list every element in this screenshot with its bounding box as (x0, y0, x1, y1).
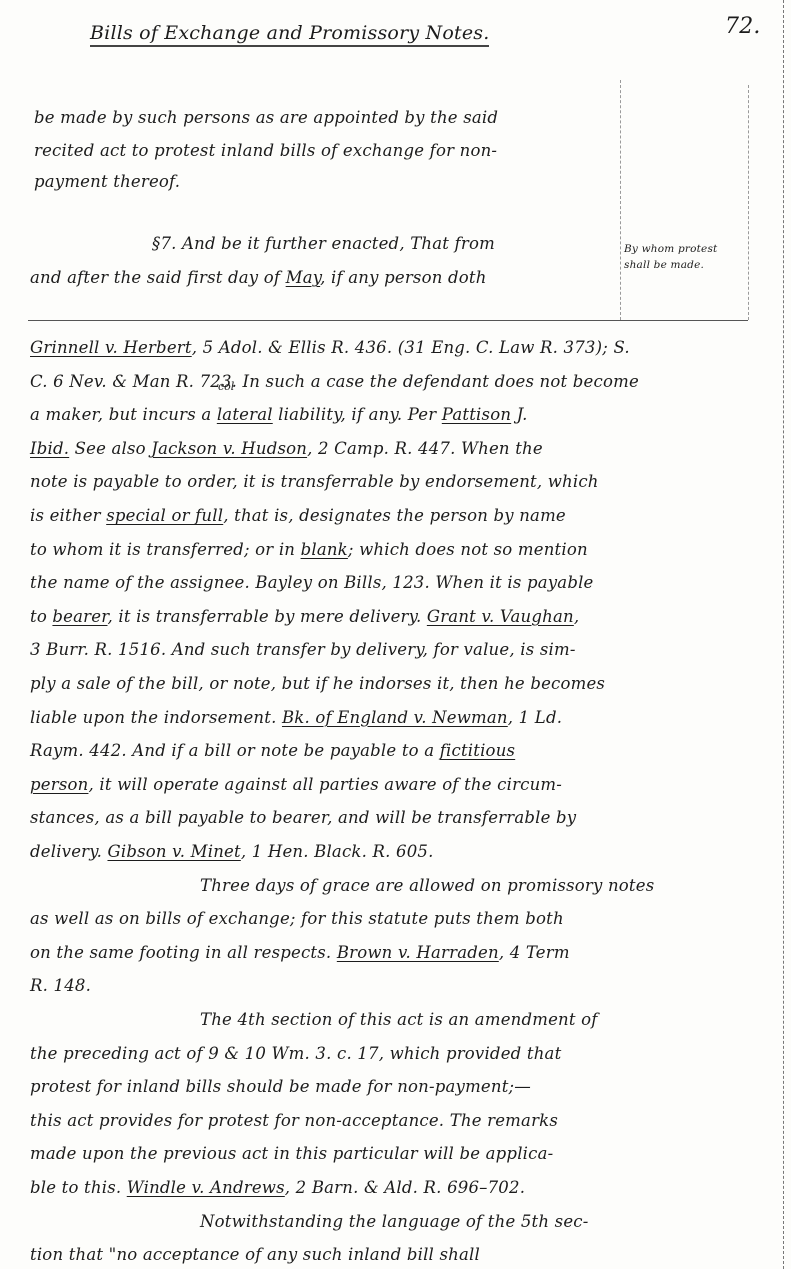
case-citation: Jackson v. Hudson (151, 439, 307, 458)
note-line: R. 148. (30, 976, 91, 995)
case-citation: Grinnell v. Herbert (30, 338, 192, 357)
text-span: , it is transferrable by mere delivery. (108, 607, 427, 626)
text-span: ; which does not so mention (348, 540, 588, 559)
note-line: made upon the previous act in this parti… (30, 1144, 553, 1163)
text-span: liable upon the indorsement. (30, 708, 282, 727)
statute-line: payment thereof. (34, 172, 180, 191)
margin-rule-outer (748, 85, 749, 320)
text-span: , if any person doth (320, 268, 486, 287)
note-line: a maker, but incurs a lateral liability,… (30, 405, 528, 424)
section-divider (28, 320, 748, 321)
note-line: to bearer, it is transferrable by mere d… (30, 607, 579, 626)
insertion-mark: col (218, 380, 234, 393)
text-span: , 5 Adol. & Ellis R. 436. (31 Eng. C. La… (192, 338, 630, 357)
text-span: and after the said first day of (30, 268, 286, 287)
note-line: on the same footing in all respects. Bro… (30, 943, 570, 962)
text-span: , (574, 607, 579, 626)
page-edge-rule (783, 0, 784, 1269)
case-citation: Gibson v. Minet (107, 842, 240, 861)
case-citation: lateral (217, 405, 273, 424)
text-span: 3 Burr. R. 1516. And such transfer by de… (30, 640, 576, 659)
note-line: liable upon the indorsement. Bk. of Engl… (30, 708, 562, 727)
page-title: Bills of Exchange and Promissory Notes. (90, 22, 489, 47)
text-span: to whom it is transferred; or in (30, 540, 301, 559)
note-line: The 4th section of this act is an amendm… (200, 1010, 598, 1029)
note-line: Notwithstanding the language of the 5th … (200, 1212, 589, 1231)
text-span: , 4 Term (499, 943, 570, 962)
note-line: protest for inland bills should be made … (30, 1077, 531, 1096)
note-line: the name of the assignee. Bayley on Bill… (30, 573, 594, 592)
text-span: delivery. (30, 842, 107, 861)
text-span: liability, if any. Per (273, 405, 442, 424)
text-span: note is payable to order, it is transfer… (30, 472, 599, 491)
text-span: ply a sale of the bill, or note, but if … (30, 674, 605, 693)
note-line: tion that "no acceptance of any such inl… (30, 1245, 480, 1264)
manuscript-page: Bills of Exchange and Promissory Notes. … (0, 0, 791, 1269)
note-line: 3 Burr. R. 1516. And such transfer by de… (30, 640, 576, 659)
note-line: stances, as a bill payable to bearer, an… (30, 808, 576, 827)
text-span: The 4th section of this act is an amendm… (200, 1010, 598, 1029)
note-line: is either special or full, that is, desi… (30, 506, 566, 525)
note-line: Three days of grace are allowed on promi… (200, 876, 654, 895)
text-span: tion that "no acceptance of any such inl… (30, 1245, 480, 1264)
case-citation: Brown v. Harraden (337, 943, 499, 962)
underlined-word: May (286, 268, 320, 287)
text-span: R. 148. (30, 976, 91, 995)
text-span: the name of the assignee. Bayley on Bill… (30, 573, 594, 592)
statute-line: be made by such persons as are appointed… (34, 108, 498, 127)
note-line: ble to this. Windle v. Andrews, 2 Barn. … (30, 1178, 525, 1197)
note-line: ply a sale of the bill, or note, but if … (30, 674, 605, 693)
text-span: made upon the previous act in this parti… (30, 1144, 553, 1163)
text-span: this act provides for protest for non-ac… (30, 1111, 558, 1130)
case-citation: Ibid. (30, 439, 69, 458)
text-span: on the same footing in all respects. (30, 943, 337, 962)
note-line: person, it will operate against all part… (30, 775, 562, 794)
note-line: as well as on bills of exchange; for thi… (30, 909, 564, 928)
text-span: Three days of grace are allowed on promi… (200, 876, 654, 895)
text-span: , 2 Barn. & Ald. R. 696–702. (285, 1178, 525, 1197)
text-span: Raym. 442. And if a bill or note be paya… (30, 741, 440, 760)
margin-note-line: shall be made. (624, 258, 704, 273)
text-span: C. 6 Nev. & Man R. 723. In such a case t… (30, 372, 639, 391)
note-line: Raym. 442. And if a bill or note be paya… (30, 741, 515, 760)
case-citation: special or full (106, 506, 223, 525)
case-citation: fictitious (440, 741, 515, 760)
note-line: delivery. Gibson v. Minet, 1 Hen. Black.… (30, 842, 434, 861)
text-span: , 1 Hen. Black. R. 605. (241, 842, 434, 861)
text-span: ble to this. (30, 1178, 127, 1197)
text-span: stances, as a bill payable to bearer, an… (30, 808, 576, 827)
section-7-heading: §7. And be it further enacted, That from (152, 234, 495, 253)
note-line: to whom it is transferred; or in blank; … (30, 540, 588, 559)
text-span: is either (30, 506, 106, 525)
text-span: , 1 Ld. (508, 708, 562, 727)
case-citation: person (30, 775, 88, 794)
note-line: Grinnell v. Herbert, 5 Adol. & Ellis R. … (30, 338, 630, 357)
page-number: 72. (725, 14, 761, 39)
text-span: , it will operate against all parties aw… (88, 775, 562, 794)
case-citation: Bk. of England v. Newman (282, 708, 508, 727)
statute-line: recited act to protest inland bills of e… (34, 141, 497, 160)
margin-note-line: By whom protest (624, 242, 717, 257)
case-citation: blank (301, 540, 348, 559)
text-span: , 2 Camp. R. 447. When the (307, 439, 543, 458)
margin-rule-inner (620, 80, 621, 320)
note-line: this act provides for protest for non-ac… (30, 1111, 558, 1130)
section-7-line: and after the said first day of May, if … (30, 268, 487, 287)
text-span: as well as on bills of exchange; for thi… (30, 909, 564, 928)
text-span: Notwithstanding the language of the 5th … (200, 1212, 589, 1231)
text-span: J. (511, 405, 527, 424)
text-span: , that is, designates the person by name (223, 506, 566, 525)
note-line: note is payable to order, it is transfer… (30, 472, 599, 491)
note-line: C. 6 Nev. & Man R. 723. In such a case t… (30, 372, 639, 391)
case-citation: Pattison (442, 405, 511, 424)
text-span: a maker, but incurs a (30, 405, 217, 424)
case-citation: Grant v. Vaughan (427, 607, 574, 626)
case-citation: bearer (52, 607, 107, 626)
case-citation: Windle v. Andrews (127, 1178, 285, 1197)
note-line: Ibid. See also Jackson v. Hudson, 2 Camp… (30, 439, 543, 458)
text-span: the preceding act of 9 & 10 Wm. 3. c. 17… (30, 1044, 561, 1063)
text-span: to (30, 607, 52, 626)
text-span: protest for inland bills should be made … (30, 1077, 531, 1096)
note-line: the preceding act of 9 & 10 Wm. 3. c. 17… (30, 1044, 561, 1063)
text-span: See also (69, 439, 151, 458)
